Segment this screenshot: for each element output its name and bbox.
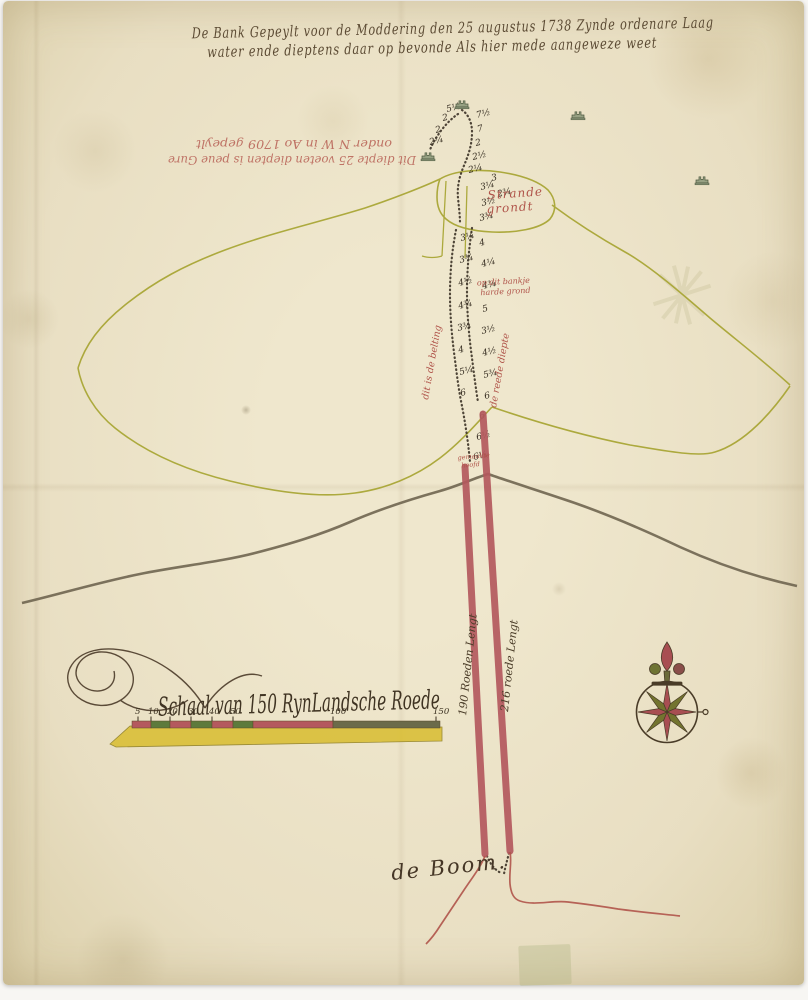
scale-tick-label: 150 [433, 707, 450, 717]
sounding-value: 2¼ [427, 134, 445, 148]
label-de-boom: de Boom. [390, 849, 508, 885]
verso-line2: onder N W in Ao 1709 gepeylt [196, 137, 392, 151]
beacon-icon [571, 112, 585, 120]
compass-rose [637, 642, 709, 743]
paper-patch [518, 944, 571, 986]
scale-bar: Schaal van 150 RynLandsche Roede 5102030… [68, 649, 450, 747]
verso-line1: Dit diepte 25 voeten diepten is peue Gur… [168, 153, 417, 167]
sounding-value: 4½ [480, 345, 498, 359]
scale-yellow-base [110, 726, 442, 747]
sounding-value: 5¼ [458, 364, 475, 378]
scale-tick-label: 50 [230, 707, 241, 717]
scale-tick-label: 20 [166, 707, 178, 717]
sounding-value: 2 [473, 138, 482, 149]
sounding-value: 3¾ [458, 252, 475, 266]
sounding-value: 4½ [456, 275, 474, 289]
sounding-value: 3¼ [459, 230, 476, 244]
compass-east-knob [697, 710, 708, 715]
sounding-value: 3¾ [456, 320, 473, 334]
scale-tick-label: 5 [135, 707, 140, 717]
sounding-value: 4¾ [456, 298, 474, 312]
scale-tick-label: 100 [330, 707, 347, 717]
scale-tick-label: 10 [148, 707, 159, 717]
sounding-value: 4 [456, 345, 465, 356]
label-harde-grond: harde grond [480, 286, 531, 298]
shore-line [22, 474, 797, 603]
scale-tick-label: 40 [208, 707, 220, 717]
scale-segments [132, 721, 440, 728]
scale-tick-label: 30 [188, 707, 199, 717]
scan-background: De Bank Gepeylt voor de Moddering den 25… [0, 0, 808, 1000]
verso-showthrough-text: Dit diepte 25 voeten diepten is peue Gur… [168, 137, 417, 167]
sounding-value: 7 [476, 124, 484, 135]
sounding-value: 6 [459, 388, 467, 399]
label-belting: dit is de belting [420, 324, 444, 400]
map-drawing: De Bank Gepeylt voor de Moddering den 25… [0, 0, 808, 1000]
fleur-de-lis-icon [650, 642, 685, 685]
sounding-value: 7½ [475, 107, 492, 121]
beacon-icon [421, 153, 435, 161]
label-grondt: grondt [486, 199, 534, 216]
sounding-value: 2¼ [466, 162, 484, 176]
compass-star-icon [638, 683, 696, 741]
sounding-value: 4 [477, 238, 486, 249]
beacon-icon [695, 177, 709, 185]
sounding-value: 3½ [480, 323, 497, 337]
sounding-value: 3 [490, 173, 498, 184]
scale-title: Schaal van 150 RynLandsche Roede [158, 685, 441, 722]
sounding-value: 2½ [470, 149, 488, 163]
map-title: De Bank Gepeylt voor de Moddering den 25… [191, 13, 714, 61]
label-hoofd-2: hoofd [461, 460, 480, 470]
sounding-value: 5 [481, 304, 489, 315]
sounding-value: 4¼ [479, 256, 497, 270]
